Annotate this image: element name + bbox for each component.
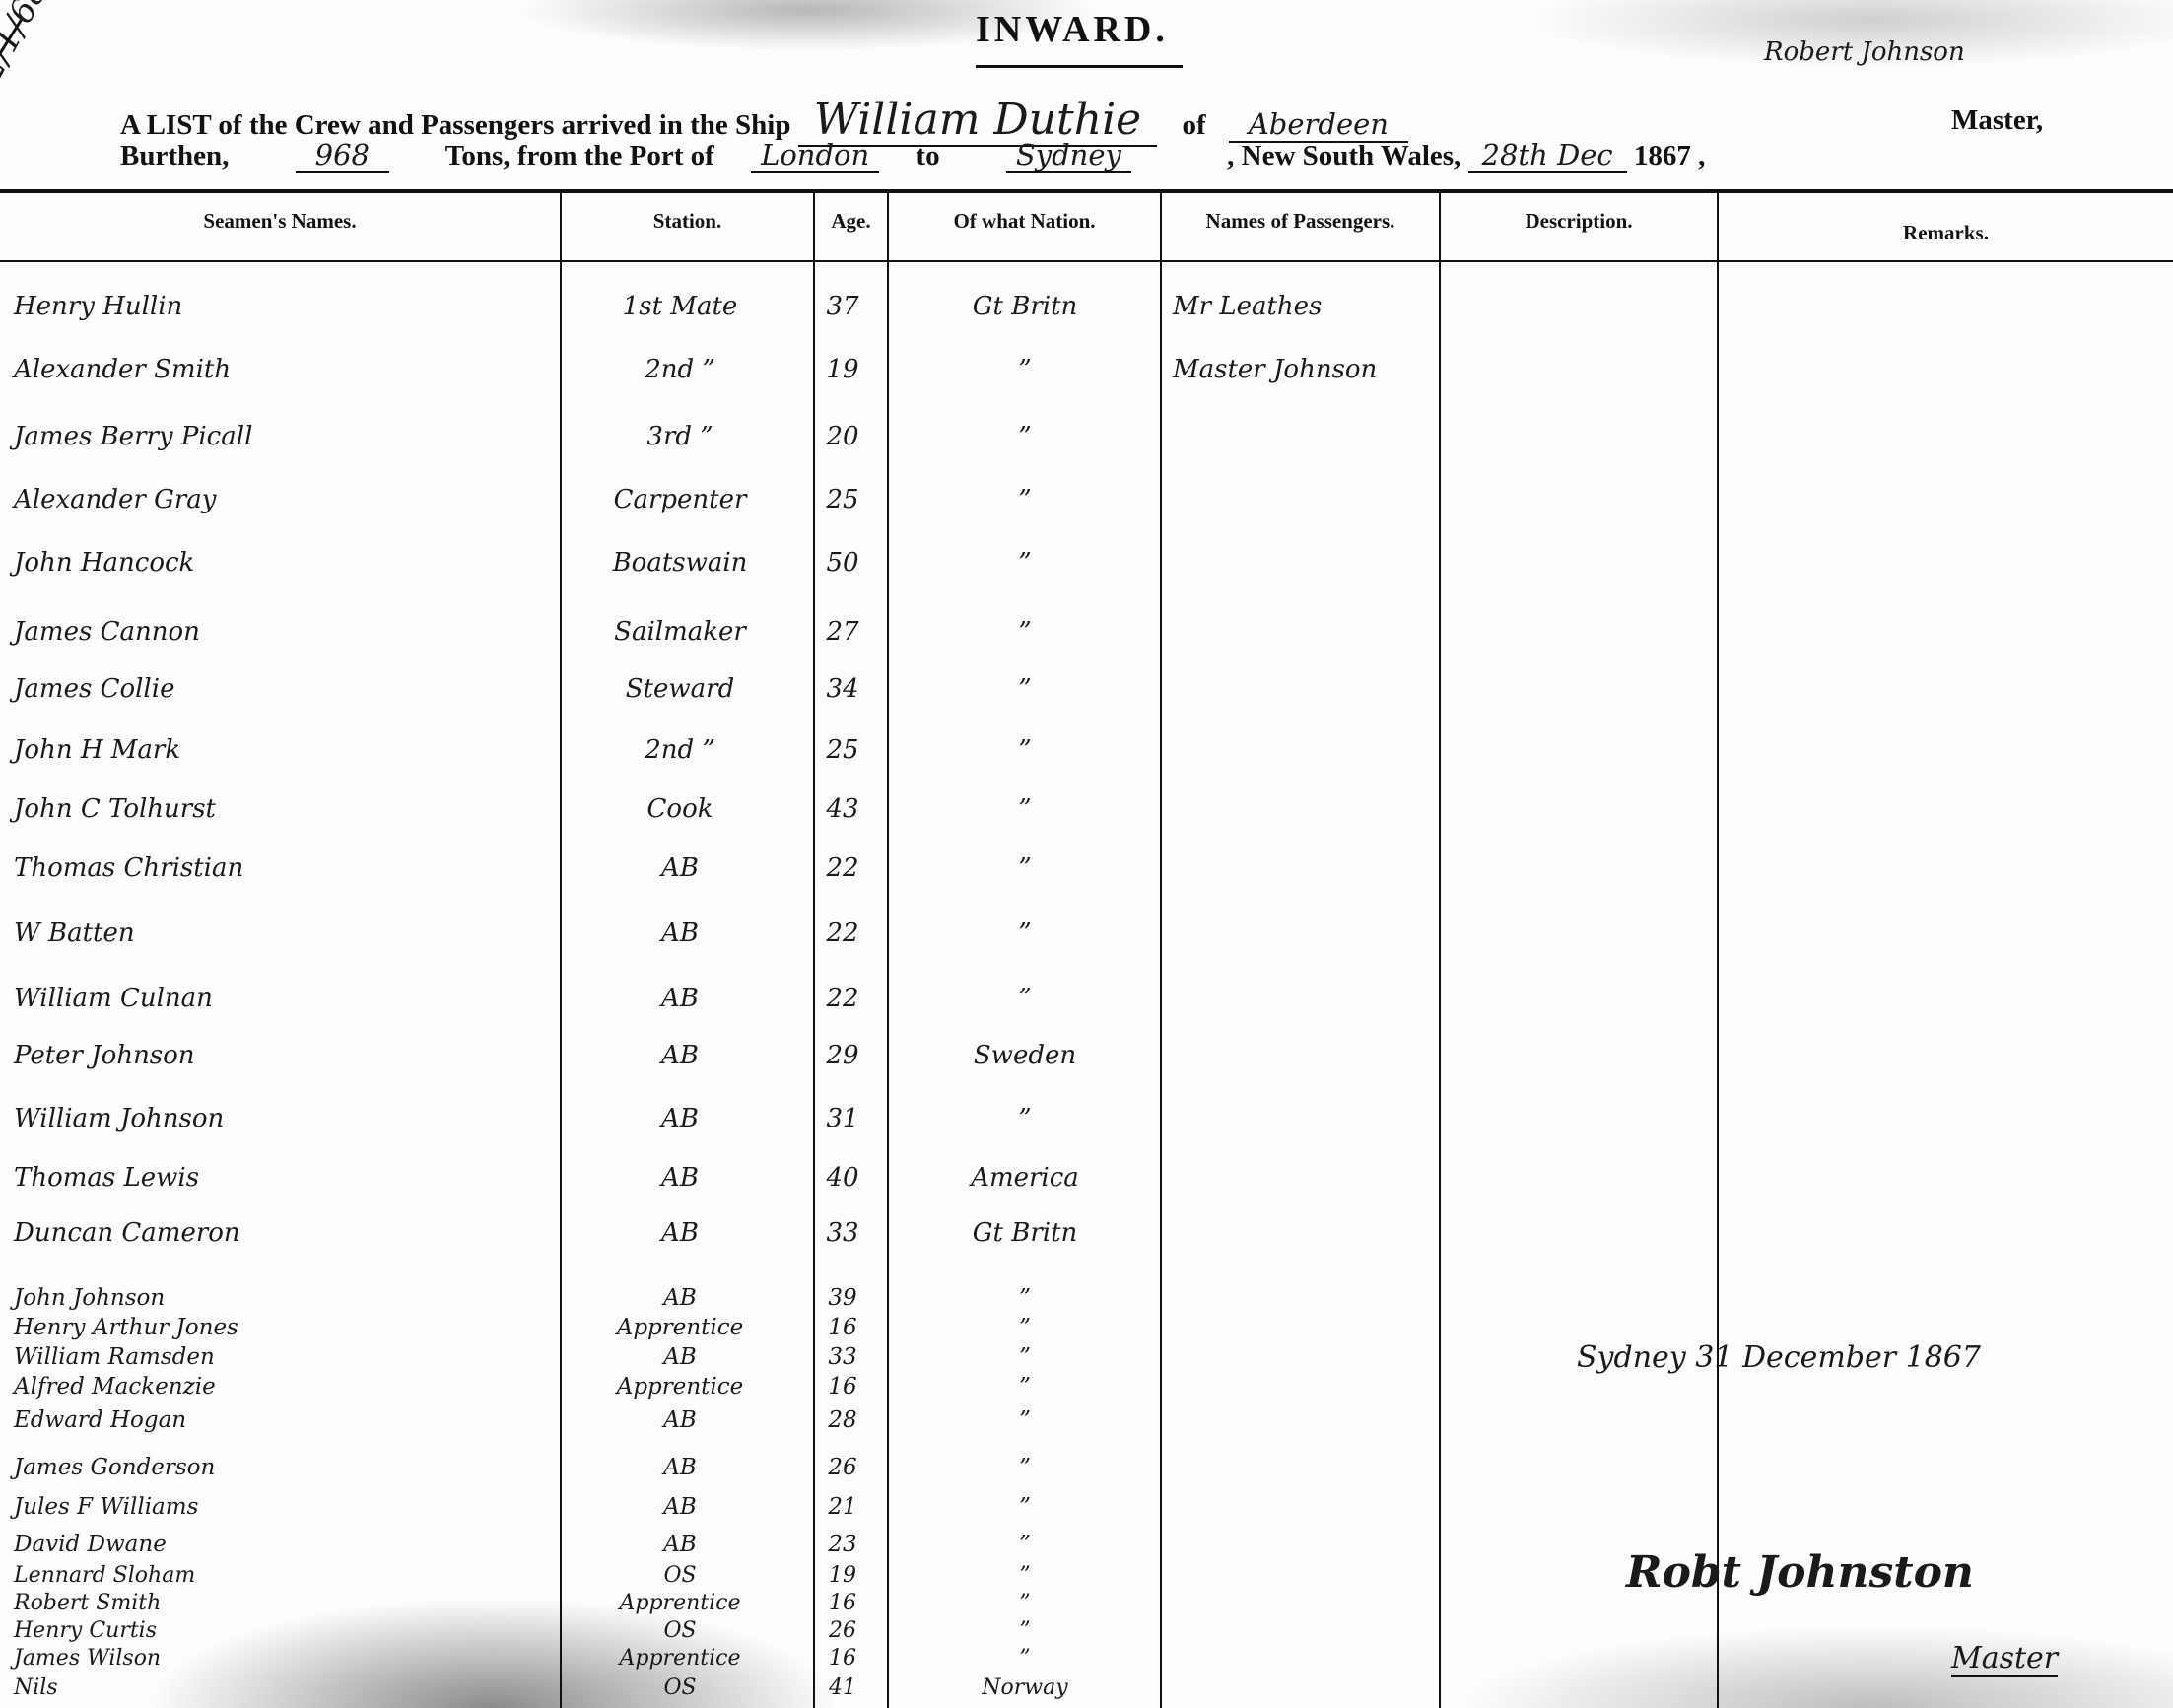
age: 26: [803, 1618, 882, 1643]
seaman-name: Edward Hogan: [14, 1407, 546, 1433]
col-header-station: Station.: [562, 209, 813, 234]
seaman-name: Thomas Christian: [14, 854, 546, 883]
age: 20: [803, 422, 882, 451]
nation: ”: [892, 1455, 1158, 1480]
nation: Gt Britn: [892, 292, 1158, 321]
age: 33: [803, 1344, 882, 1370]
seaman-name: Henry Curtis: [14, 1618, 546, 1643]
nation: America: [892, 1163, 1158, 1193]
station: Apprentice: [557, 1315, 803, 1340]
table-row: James GondersonAB26”: [0, 1455, 2173, 1482]
age: 19: [803, 1563, 882, 1588]
table-row: John HancockBoatswain50”: [0, 548, 2173, 587]
remarks-date: Sydney 31 December 1867: [1577, 1340, 1981, 1375]
nation: Gt Britn: [892, 1218, 1158, 1248]
table-row: William CulnanAB22”: [0, 984, 2173, 1023]
nation: ”: [892, 1591, 1158, 1615]
nation: ”: [892, 1494, 1158, 1520]
nation: ”: [892, 1407, 1158, 1433]
age: 16: [803, 1315, 882, 1340]
nation: ”: [892, 1646, 1158, 1671]
table-row: James CannonSailmaker27”: [0, 617, 2173, 656]
station: Apprentice: [557, 1591, 803, 1615]
age: 34: [803, 674, 882, 704]
header-line-2: Burthen, 968 Tons, from the Port of Lond…: [120, 138, 1705, 173]
station: Steward: [557, 674, 803, 704]
station: AB: [557, 984, 803, 1013]
burthen-label: Burthen,: [120, 140, 229, 171]
station: AB: [557, 1532, 803, 1557]
table-row: NilsOS41Norway: [0, 1675, 2173, 1701]
station: AB: [557, 1344, 803, 1370]
table-row: Duncan CameronAB33Gt Britn: [0, 1218, 2173, 1258]
to-port: Sydney: [1006, 138, 1131, 173]
age: 21: [803, 1494, 882, 1520]
table-row: Edward HoganAB28”: [0, 1407, 2173, 1435]
age: 27: [803, 617, 882, 647]
seaman-name: William Ramsden: [14, 1344, 546, 1370]
seaman-name: Alexander Gray: [14, 485, 546, 514]
seaman-name: Henry Hullin: [14, 292, 546, 321]
station: 1st Mate: [557, 292, 803, 321]
nation: ”: [892, 854, 1158, 883]
station: OS: [557, 1675, 803, 1700]
nation: ”: [892, 1563, 1158, 1588]
age: 28: [803, 1407, 882, 1433]
age: 29: [803, 1041, 882, 1070]
seaman-name: Henry Arthur Jones: [14, 1315, 546, 1340]
age: 43: [803, 794, 882, 824]
nation: ”: [892, 422, 1158, 451]
seaman-name: John Johnson: [14, 1285, 546, 1311]
station: OS: [557, 1618, 803, 1643]
age: 25: [803, 485, 882, 514]
table-row: Henry CurtisOS26”: [0, 1618, 2173, 1644]
table-row: Henry Hullin1st Mate37Gt BritnMr Leathes: [0, 292, 2173, 331]
station: AB: [557, 1041, 803, 1070]
seaman-name: Robert Smith: [14, 1591, 546, 1615]
nation: ”: [892, 984, 1158, 1013]
age: 26: [803, 1455, 882, 1480]
table-row: James Berry Picall3rd ”20”: [0, 422, 2173, 461]
col-header-nation: Of what Nation.: [889, 209, 1160, 234]
trailing-comma: ,: [1698, 140, 1705, 171]
seaman-name: Thomas Lewis: [14, 1163, 546, 1193]
station: AB: [557, 1285, 803, 1311]
table-top-rule: [0, 189, 2173, 193]
seaman-name: James Collie: [14, 674, 546, 704]
page-title: INWARD.: [976, 8, 1169, 51]
nation: ”: [892, 548, 1158, 578]
seaman-name: John Hancock: [14, 548, 546, 578]
station: Cook: [557, 794, 803, 824]
table-row: James WilsonApprentice16”: [0, 1646, 2173, 1672]
list-heading: A LIST of the Crew and Passengers arrive…: [120, 109, 791, 141]
nation: ”: [892, 919, 1158, 948]
station: Apprentice: [557, 1374, 803, 1400]
col-header-age: Age.: [815, 209, 887, 234]
station: AB: [557, 919, 803, 948]
station: Boatswain: [557, 548, 803, 578]
age: 37: [803, 292, 882, 321]
station: Apprentice: [557, 1646, 803, 1671]
age: 25: [803, 735, 882, 765]
station: Sailmaker: [557, 617, 803, 647]
col-header-passengers: Names of Passengers.: [1162, 209, 1439, 234]
table-row: Jules F WilliamsAB21”: [0, 1494, 2173, 1522]
nation: ”: [892, 485, 1158, 514]
age: 22: [803, 919, 882, 948]
table-row: Alexander GrayCarpenter25”: [0, 485, 2173, 524]
seaman-name: John C Tolhurst: [14, 794, 546, 824]
table-row: Alexander Smith2nd ”19”Master Johnson: [0, 355, 2173, 394]
nation: ”: [892, 617, 1158, 647]
nation: ”: [892, 355, 1158, 384]
nation: ”: [892, 1285, 1158, 1311]
age: 19: [803, 355, 882, 384]
seaman-name: Alfred Mackenzie: [14, 1374, 546, 1400]
station: AB: [557, 1407, 803, 1433]
nation: Sweden: [892, 1041, 1158, 1070]
age: 39: [803, 1285, 882, 1311]
nation: ”: [892, 1104, 1158, 1133]
seaman-name: James Wilson: [14, 1646, 546, 1671]
region-label: , New South Wales,: [1227, 140, 1460, 171]
nation: ”: [892, 794, 1158, 824]
table-row: James CollieSteward34”: [0, 674, 2173, 714]
station: AB: [557, 1163, 803, 1193]
age: 31: [803, 1104, 882, 1133]
age: 16: [803, 1591, 882, 1615]
table-row: Peter JohnsonAB29Sweden: [0, 1041, 2173, 1080]
age: 23: [803, 1532, 882, 1557]
table-row: John H Mark2nd ”25”: [0, 735, 2173, 775]
station: OS: [557, 1563, 803, 1588]
nation: ”: [892, 674, 1158, 704]
signature-role: Master: [1951, 1641, 2058, 1677]
table-row: Alfred MackenzieApprentice16”: [0, 1374, 2173, 1401]
age: 22: [803, 854, 882, 883]
seaman-name: James Gonderson: [14, 1455, 546, 1480]
age: 40: [803, 1163, 882, 1193]
age: 41: [803, 1675, 882, 1700]
seaman-name: Lennard Sloham: [14, 1563, 546, 1588]
tons-label: Tons, from the Port of: [445, 140, 714, 171]
nation: ”: [892, 1344, 1158, 1370]
nation: ”: [892, 1618, 1158, 1643]
table-row: Thomas ChristianAB22”: [0, 854, 2173, 893]
to-label: to: [916, 140, 939, 171]
of-label: of: [1182, 109, 1205, 141]
table-row: Thomas LewisAB40America: [0, 1163, 2173, 1202]
nation: Norway: [892, 1675, 1158, 1700]
station: AB: [557, 1494, 803, 1520]
table-row: John C TolhurstCook43”: [0, 794, 2173, 834]
seaman-name: William Culnan: [14, 984, 546, 1013]
seaman-name: Peter Johnson: [14, 1041, 546, 1070]
col-header-seamen: Seamen's Names.: [0, 209, 560, 234]
station: AB: [557, 1218, 803, 1248]
seaman-name: Jules F Williams: [14, 1494, 546, 1520]
from-port: London: [751, 138, 879, 173]
seaman-name: W Batten: [14, 919, 546, 948]
age: 16: [803, 1374, 882, 1400]
header-bottom-rule: [0, 260, 2173, 262]
seaman-name: John H Mark: [14, 735, 546, 765]
master-name: Robert Johnson: [1764, 37, 1965, 67]
margin-annotation: 2/1/68 NB: [0, 0, 86, 88]
age: 50: [803, 548, 882, 578]
master-signature: Robt Johnston: [1626, 1547, 1974, 1598]
nation: ”: [892, 1532, 1158, 1557]
age: 33: [803, 1218, 882, 1248]
station: 2nd ”: [557, 355, 803, 384]
station: 2nd ”: [557, 735, 803, 765]
title-underline: [976, 65, 1183, 68]
station: Carpenter: [557, 485, 803, 514]
col-header-description: Description.: [1441, 209, 1717, 234]
station: 3rd ”: [557, 422, 803, 451]
age: 16: [803, 1646, 882, 1671]
nation: ”: [892, 735, 1158, 765]
arrival-date: 28th Dec: [1468, 138, 1627, 173]
tonnage-value: 968: [296, 138, 389, 173]
station: AB: [557, 1455, 803, 1480]
table-row: John JohnsonAB39”: [0, 1285, 2173, 1313]
passenger-name: Master Johnson: [1173, 355, 1439, 384]
table-row: W BattenAB22”: [0, 919, 2173, 958]
station: AB: [557, 854, 803, 883]
seaman-name: James Berry Picall: [14, 422, 546, 451]
col-header-remarks: Remarks.: [1719, 221, 2173, 245]
seaman-name: Duncan Cameron: [14, 1218, 546, 1248]
table-row: William JohnsonAB31”: [0, 1104, 2173, 1143]
margin-annotation-text: 2/1/68: [0, 0, 56, 88]
seaman-name: David Dwane: [14, 1532, 546, 1557]
seaman-name: Nils: [14, 1675, 546, 1700]
arrival-year: 1867: [1634, 140, 1691, 171]
document-page: 2/1/68 NB INWARD. Robert Johnson A LIST …: [0, 0, 2173, 1708]
nation: ”: [892, 1315, 1158, 1340]
age: 22: [803, 984, 882, 1013]
passenger-name: Mr Leathes: [1173, 292, 1439, 321]
nation: ”: [892, 1374, 1158, 1400]
seaman-name: James Cannon: [14, 617, 546, 647]
station: AB: [557, 1104, 803, 1133]
seaman-name: William Johnson: [14, 1104, 546, 1133]
table-row: Henry Arthur JonesApprentice16”: [0, 1315, 2173, 1342]
master-label: Master,: [1951, 104, 2043, 137]
seaman-name: Alexander Smith: [14, 355, 546, 384]
